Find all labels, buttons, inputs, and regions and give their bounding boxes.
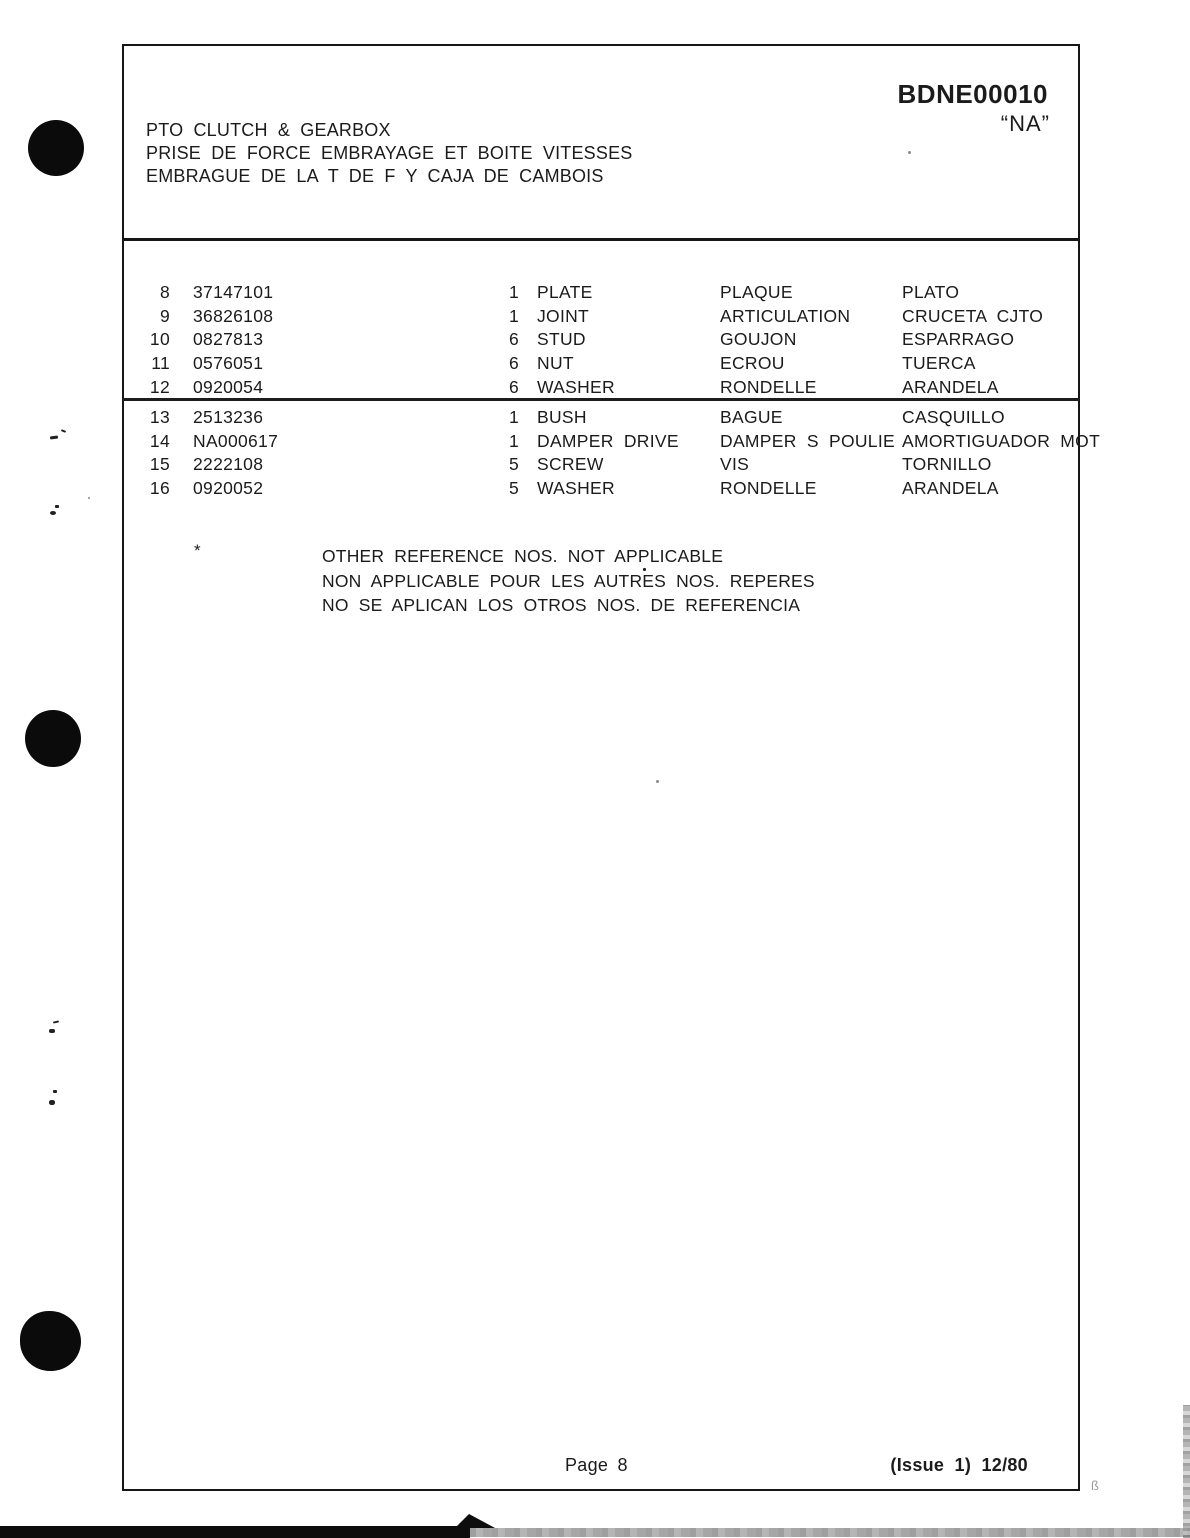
qty-cell: 6 (447, 376, 519, 400)
desc-en-cell: DAMPER DRIVE (537, 430, 679, 454)
part-number-cell: 2222108 (193, 453, 263, 477)
desc-en-cell: SCREW (537, 453, 604, 477)
scan-speck (55, 505, 59, 508)
ref-cell: 14 (122, 430, 170, 454)
binder-hole-top (28, 120, 84, 176)
desc-en-cell: STUD (537, 328, 586, 352)
qty-cell: 5 (447, 453, 519, 477)
qty-cell: 6 (447, 352, 519, 376)
desc-es-cell: ARANDELA (902, 376, 999, 400)
doc-code: BDNE00010 (898, 79, 1048, 110)
title-block: PTO CLUTCH & GEARBOX PRISE DE FORCE EMBR… (146, 119, 633, 188)
title-spanish: EMBRAGUE DE LA T DE F Y CAJA DE CAMBOIS (146, 165, 633, 188)
table-row: 1105760516NUTECROUTUERCA (122, 352, 1080, 376)
table-row: 1008278136STUDGOUJONESPARRAGO (122, 328, 1080, 352)
scan-speck (50, 511, 56, 515)
part-number-cell: 0827813 (193, 328, 263, 352)
desc-fr-cell: PLAQUE (720, 281, 793, 305)
table-row: 9368261081JOINTARTICULATIONCRUCETA CJTO (122, 305, 1080, 329)
desc-fr-cell: ARTICULATION (720, 305, 850, 329)
scan-speck: ß (1091, 1478, 1099, 1493)
qty-cell: 1 (447, 305, 519, 329)
desc-fr-cell: GOUJON (720, 328, 797, 352)
qty-cell: 1 (447, 406, 519, 430)
ref-cell: 11 (122, 352, 170, 376)
region-code: “NA” (1001, 111, 1050, 137)
ref-cell: 9 (122, 305, 170, 329)
scan-speck (88, 497, 90, 499)
title-french: PRISE DE FORCE EMBRAYAGE ET BOITE VITESS… (146, 142, 633, 165)
qty-cell: 1 (447, 281, 519, 305)
footnote-block: OTHER REFERENCE NOS. NOT APPLICABLE NON … (322, 544, 815, 618)
table-group-upper: 8371471011PLATEPLAQUEPLATO9368261081JOIN… (122, 281, 1080, 399)
binder-hole-bottom (20, 1311, 81, 1371)
table-row: 1325132361BUSHBAGUECASQUILLO (122, 406, 1080, 430)
footer-issue-label: (Issue 1) 12/80 (890, 1455, 1028, 1476)
table-group-lower: 1325132361BUSHBAGUECASQUILLO14NA0006171D… (122, 406, 1080, 501)
desc-es-cell: TUERCA (902, 352, 976, 376)
scan-speck (61, 429, 66, 433)
scan-speck (656, 780, 659, 783)
footnote-marker: * (194, 541, 201, 561)
qty-cell: 5 (447, 477, 519, 501)
scan-speck (50, 435, 58, 439)
desc-en-cell: WASHER (537, 376, 615, 400)
desc-fr-cell: DAMPER S POULIE (720, 430, 895, 454)
part-number-cell: 0920052 (193, 477, 263, 501)
ref-cell: 8 (122, 281, 170, 305)
scan-strip-black (0, 1526, 470, 1538)
desc-es-cell: ARANDELA (902, 477, 999, 501)
document-page-border (122, 44, 1080, 1491)
ref-cell: 10 (122, 328, 170, 352)
scan-speck (53, 1090, 57, 1093)
header-divider-rule (122, 238, 1080, 241)
desc-es-cell: ESPARRAGO (902, 328, 1014, 352)
scan-speck (53, 1020, 59, 1023)
table-row: 1209200546WASHERRONDELLEARANDELA (122, 376, 1080, 400)
table-row: 8371471011PLATEPLAQUEPLATO (122, 281, 1080, 305)
footnote-line-french: NON APPLICABLE POUR LES AUTRES NOS. REPE… (322, 569, 815, 594)
ref-cell: 12 (122, 376, 170, 400)
qty-cell: 6 (447, 328, 519, 352)
desc-fr-cell: BAGUE (720, 406, 783, 430)
desc-es-cell: TORNILLO (902, 453, 992, 477)
table-row: 1609200525WASHERRONDELLEARANDELA (122, 477, 1080, 501)
part-number-cell: 37147101 (193, 281, 273, 305)
desc-fr-cell: RONDELLE (720, 477, 817, 501)
desc-en-cell: WASHER (537, 477, 615, 501)
desc-es-cell: CASQUILLO (902, 406, 1005, 430)
scan-edge-noise (1183, 1405, 1190, 1538)
ref-cell: 15 (122, 453, 170, 477)
scan-speck (908, 151, 911, 154)
scan-speck (49, 1100, 55, 1105)
desc-es-cell: AMORTIGUADOR MOT (902, 430, 1100, 454)
scan-speck (643, 568, 646, 571)
scan-strip-gray (470, 1528, 1190, 1537)
title-english: PTO CLUTCH & GEARBOX (146, 119, 633, 142)
desc-fr-cell: ECROU (720, 352, 785, 376)
part-number-cell: 0920054 (193, 376, 263, 400)
part-number-cell: 36826108 (193, 305, 273, 329)
binder-hole-middle (25, 710, 81, 767)
desc-en-cell: NUT (537, 352, 574, 376)
desc-fr-cell: VIS (720, 453, 749, 477)
footer-page-number: Page 8 (565, 1455, 628, 1476)
part-number-cell: NA000617 (193, 430, 278, 454)
desc-es-cell: CRUCETA CJTO (902, 305, 1043, 329)
footnote-line-spanish: NO SE APLICAN LOS OTROS NOS. DE REFERENC… (322, 593, 815, 618)
footnote-line-english: OTHER REFERENCE NOS. NOT APPLICABLE (322, 544, 815, 569)
part-number-cell: 2513236 (193, 406, 263, 430)
ref-cell: 13 (122, 406, 170, 430)
desc-fr-cell: RONDELLE (720, 376, 817, 400)
part-number-cell: 0576051 (193, 352, 263, 376)
table-row: 14NA0006171DAMPER DRIVEDAMPER S POULIEAM… (122, 430, 1080, 454)
table-row: 1522221085SCREWVISTORNILLO (122, 453, 1080, 477)
qty-cell: 1 (447, 430, 519, 454)
desc-en-cell: PLATE (537, 281, 593, 305)
desc-en-cell: BUSH (537, 406, 587, 430)
desc-es-cell: PLATO (902, 281, 959, 305)
desc-en-cell: JOINT (537, 305, 589, 329)
ref-cell: 16 (122, 477, 170, 501)
scan-strip-wedge (455, 1514, 495, 1528)
scan-speck (49, 1029, 55, 1033)
